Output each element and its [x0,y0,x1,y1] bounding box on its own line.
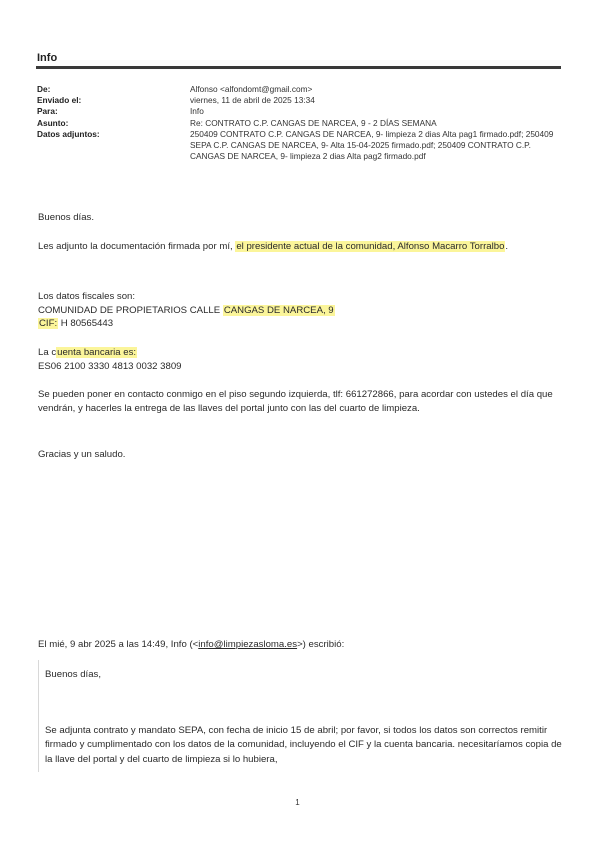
quoted-greeting: Buenos días, [45,668,101,682]
text: La c [38,347,56,358]
header-label: Datos adjuntos: [37,129,190,163]
header-label: Asunto: [37,118,190,129]
highlighted-text: el presidente actual de la comunidad, Al… [235,241,505,252]
header-value: 250409 CONTRATO C.P. CANGAS DE NARCEA, 9… [190,129,560,163]
highlighted-text: uenta bancaria es: [56,347,137,358]
text: . [505,241,508,252]
text: El mié, 9 abr 2025 a las 14:49, Info (< [38,639,198,650]
text: H 80565443 [58,318,113,329]
greeting: Buenos días. [38,211,563,225]
paragraph-signed-docs: Les adjunto la documentación firmada por… [38,240,563,254]
text: COMUNIDAD DE PROPIETARIOS CALLE [38,305,223,316]
email-header-table: De: Alfonso <alfondomt@gmail.com> Enviad… [37,84,562,162]
text-line: La cuenta bancaria es: [38,346,563,360]
header-row-attachments: Datos adjuntos: 250409 CONTRATO C.P. CAN… [37,129,562,163]
highlighted-text: CIF: [38,318,58,329]
header-value: Info [190,106,560,117]
text: Les adjunto la documentación firmada por… [38,241,235,252]
quote-attribution: El mié, 9 abr 2025 a las 14:49, Info (<i… [38,638,563,652]
header-value: Re: CONTRATO C.P. CANGAS DE NARCEA, 9 - … [190,118,560,129]
header-label: De: [37,84,190,95]
text-line: Los datos fiscales son: [38,290,563,304]
header-label: Para: [37,106,190,117]
header-value: viernes, 11 de abril de 2025 13:34 [190,95,560,106]
header-label: Enviado el: [37,95,190,106]
title-divider [36,66,561,69]
quoted-message: Buenos días, Se adjunta contrato y manda… [38,660,564,772]
highlighted-text: CANGAS DE NARCEA, 9 [223,305,335,316]
quoted-text: Se adjunta contrato y mandato SEPA, con … [45,724,563,767]
header-row-to: Para: Info [37,106,562,117]
closing: Gracias y un saludo. [38,448,563,462]
page-number: 1 [0,798,595,807]
paragraph-contact: Se pueden poner en contacto conmigo en e… [38,388,563,415]
paragraph-fiscal-data: Los datos fiscales son: COMUNIDAD DE PRO… [38,290,563,331]
iban: ES06 2100 3330 4813 0032 3809 [38,360,563,374]
header-row-from: De: Alfonso <alfondomt@gmail.com> [37,84,562,95]
email-title: Info [37,52,57,64]
header-row-sent: Enviado el: viernes, 11 de abril de 2025… [37,95,562,106]
email-link[interactable]: info@limpiezasloma.es [198,639,297,650]
header-row-subject: Asunto: Re: CONTRATO C.P. CANGAS DE NARC… [37,118,562,129]
text-line: CIF: H 80565443 [38,317,563,331]
text-line: COMUNIDAD DE PROPIETARIOS CALLE CANGAS D… [38,304,563,318]
header-value: Alfonso <alfondomt@gmail.com> [190,84,560,95]
email-printout-page: Info De: Alfonso <alfondomt@gmail.com> E… [0,0,595,841]
text: >) escribió: [297,639,344,650]
paragraph-bank-account: La cuenta bancaria es: ES06 2100 3330 48… [38,346,563,373]
